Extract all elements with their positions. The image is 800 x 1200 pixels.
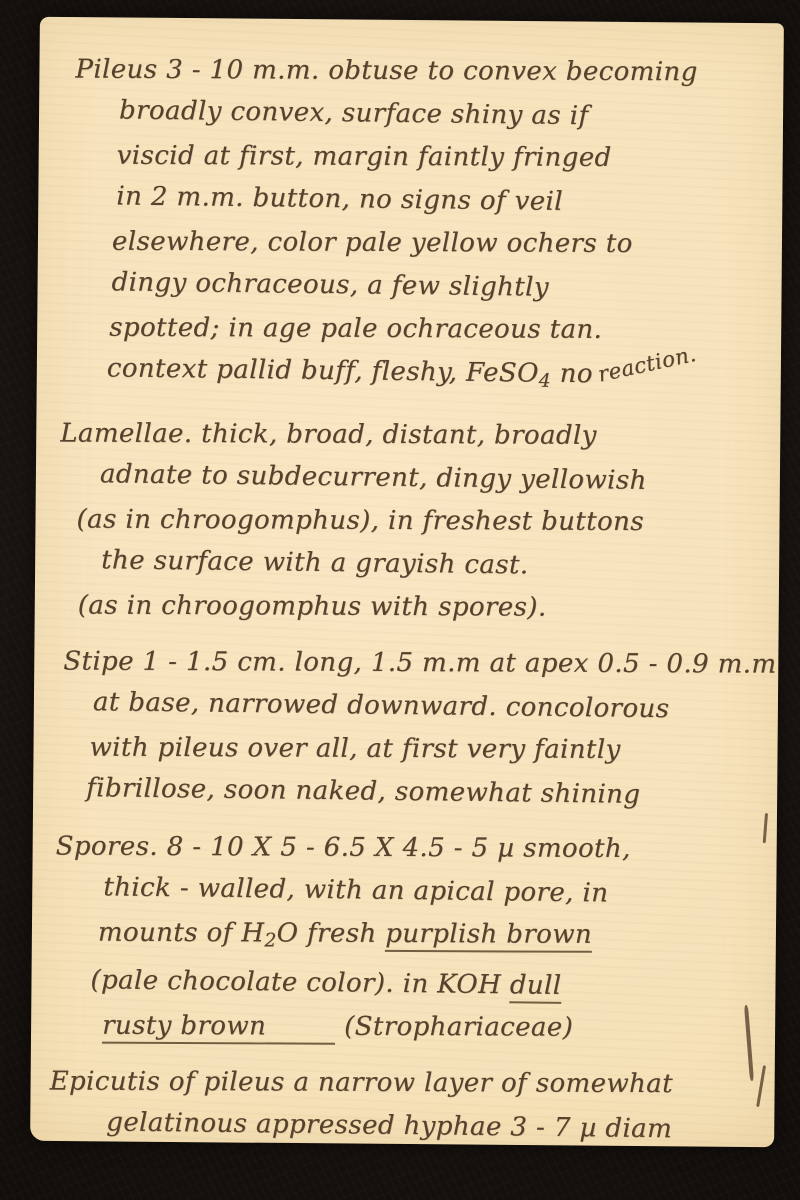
text-segment: with pileus over all, at first very fain… bbox=[89, 733, 620, 765]
text-segment: gelatinous appressed hyphae 3 - 7 µ diam bbox=[106, 1107, 672, 1144]
paragraph-pileus: Pileus 3 - 10 m.m. obtuse to convex beco… bbox=[53, 47, 770, 404]
handwritten-line: adnate to subdecurrent, dingy yellowish bbox=[52, 453, 766, 505]
handwritten-line: thick - walled, with an apical pore, in bbox=[48, 866, 762, 918]
text-segment: 4 bbox=[539, 371, 552, 392]
text-segment: viscid at first, margin faintly fringed bbox=[117, 141, 612, 173]
handwritten-line: Epicutis of pileus a narrow layer of som… bbox=[47, 1060, 761, 1106]
text-segment: no bbox=[551, 359, 593, 390]
note-card-content: Pileus 3 - 10 m.m. obtuse to convex beco… bbox=[30, 17, 784, 1151]
paragraph-lamellae: Lamellae. thick, broad, distant, broadly… bbox=[51, 411, 767, 632]
handwritten-line: at base, narrowed downward. concolorous bbox=[50, 681, 764, 733]
handwritten-line: gelatinous appressed hyphae 3 - 7 µ diam bbox=[46, 1101, 760, 1153]
handwritten-line: context pallid buff, fleshy, FeSO4 norea… bbox=[53, 347, 768, 406]
handwritten-line: fibrillose, soon naked, somewhat shining bbox=[49, 767, 763, 819]
text-segment: O fresh bbox=[277, 918, 386, 948]
text-segment: mounts of H bbox=[98, 918, 265, 949]
text-segment: Lamellae. thick, broad, distant, broadly bbox=[60, 418, 597, 450]
text-segment: Pileus 3 - 10 m.m. obtuse to convex beco… bbox=[75, 55, 697, 88]
handwritten-line: broadly convex, surface shiny as if bbox=[55, 89, 769, 141]
text-segment: (pale chocolate color). in KOH bbox=[90, 965, 510, 1000]
text-segment: the surface with a grayish cast. bbox=[101, 545, 529, 580]
text-segment: in 2 m.m. button, no signs of veil bbox=[116, 181, 563, 216]
text-segment: adnate to subdecurrent, dingy yellowish bbox=[100, 459, 647, 496]
handwritten-line: Spores. 8 - 10 X 5 - 6.5 X 4.5 - 5 µ smo… bbox=[49, 825, 763, 871]
text-segment: broadly convex, surface shiny as if bbox=[119, 95, 589, 131]
handwritten-line: Pileus 3 - 10 m.m. obtuse to convex beco… bbox=[55, 48, 769, 94]
handwritten-line: (as in chroogomphus with spores). bbox=[51, 584, 765, 630]
handwritten-line: Lamellae. thick, broad, distant, broadly bbox=[52, 412, 766, 458]
text-segment: fibrillose, soon naked, somewhat shining bbox=[86, 773, 641, 810]
text-segment: (as in chroogomphus with spores). bbox=[78, 591, 547, 623]
text-segment bbox=[266, 1011, 335, 1044]
handwritten-line: with pileus over all, at first very fain… bbox=[49, 726, 763, 772]
handwritten-line: elsewhere, color pale yellow ochers to bbox=[54, 220, 768, 266]
text-segment: spotted; in age pale ochraceous tan. bbox=[109, 313, 602, 345]
handwritten-line: (as in chroogomphus), in freshest button… bbox=[51, 498, 765, 544]
text-segment: dingy ochraceous, a few slightly bbox=[111, 267, 549, 302]
text-segment: (Strophariaceae) bbox=[335, 1012, 573, 1043]
handwritten-line: Stipe 1 - 1.5 cm. long, 1.5 m.m at apex … bbox=[50, 640, 764, 686]
handwritten-line: rusty brown (Strophariaceae) bbox=[47, 1004, 761, 1050]
text-segment: Spores. 8 - 10 X 5 - 6.5 X 4.5 - 5 µ smo… bbox=[56, 831, 631, 864]
note-card: Pileus 3 - 10 m.m. obtuse to convex beco… bbox=[30, 17, 784, 1147]
text-segment: (as in chroogomphus), in freshest button… bbox=[76, 505, 644, 537]
text-segment: elsewhere, color pale yellow ochers to bbox=[112, 227, 633, 259]
paragraph-epicutis: Epicutis of pileus a narrow layer of som… bbox=[46, 1059, 761, 1151]
handwritten-line: in 2 m.m. button, no signs of veil bbox=[54, 175, 768, 227]
text-segment: context pallid buff, fleshy, FeSO bbox=[107, 353, 539, 388]
paragraph-spores: Spores. 8 - 10 X 5 - 6.5 X 4.5 - 5 µ smo… bbox=[47, 824, 763, 1052]
handwritten-line: viscid at first, margin faintly fringed bbox=[55, 134, 769, 180]
text-segment: 2 bbox=[264, 930, 276, 951]
text-segment: dull bbox=[510, 970, 562, 1004]
handwritten-line: (pale chocolate color). in KOH dull bbox=[47, 959, 761, 1011]
text-segment: Stipe 1 - 1.5 cm. long, 1.5 m.m at apex … bbox=[63, 647, 776, 680]
paragraph-stipe: Stipe 1 - 1.5 cm. long, 1.5 m.m at apex … bbox=[49, 639, 764, 817]
text-segment: Epicutis of pileus a narrow layer of som… bbox=[50, 1066, 673, 1099]
photo-background: Pileus 3 - 10 m.m. obtuse to convex beco… bbox=[0, 0, 800, 1200]
text-segment: thick - walled, with an apical pore, in bbox=[103, 872, 608, 908]
handwritten-line: the surface with a grayish cast. bbox=[51, 539, 765, 591]
handwritten-line: mounts of H2O fresh purplish brown bbox=[48, 911, 762, 964]
handwritten-line: dingy ochraceous, a few slightly bbox=[53, 261, 767, 313]
text-segment: rusty brown bbox=[102, 1011, 266, 1045]
text-segment: at base, narrowed downward. concolorous bbox=[93, 687, 670, 724]
text-segment: purplish brown bbox=[385, 919, 592, 953]
